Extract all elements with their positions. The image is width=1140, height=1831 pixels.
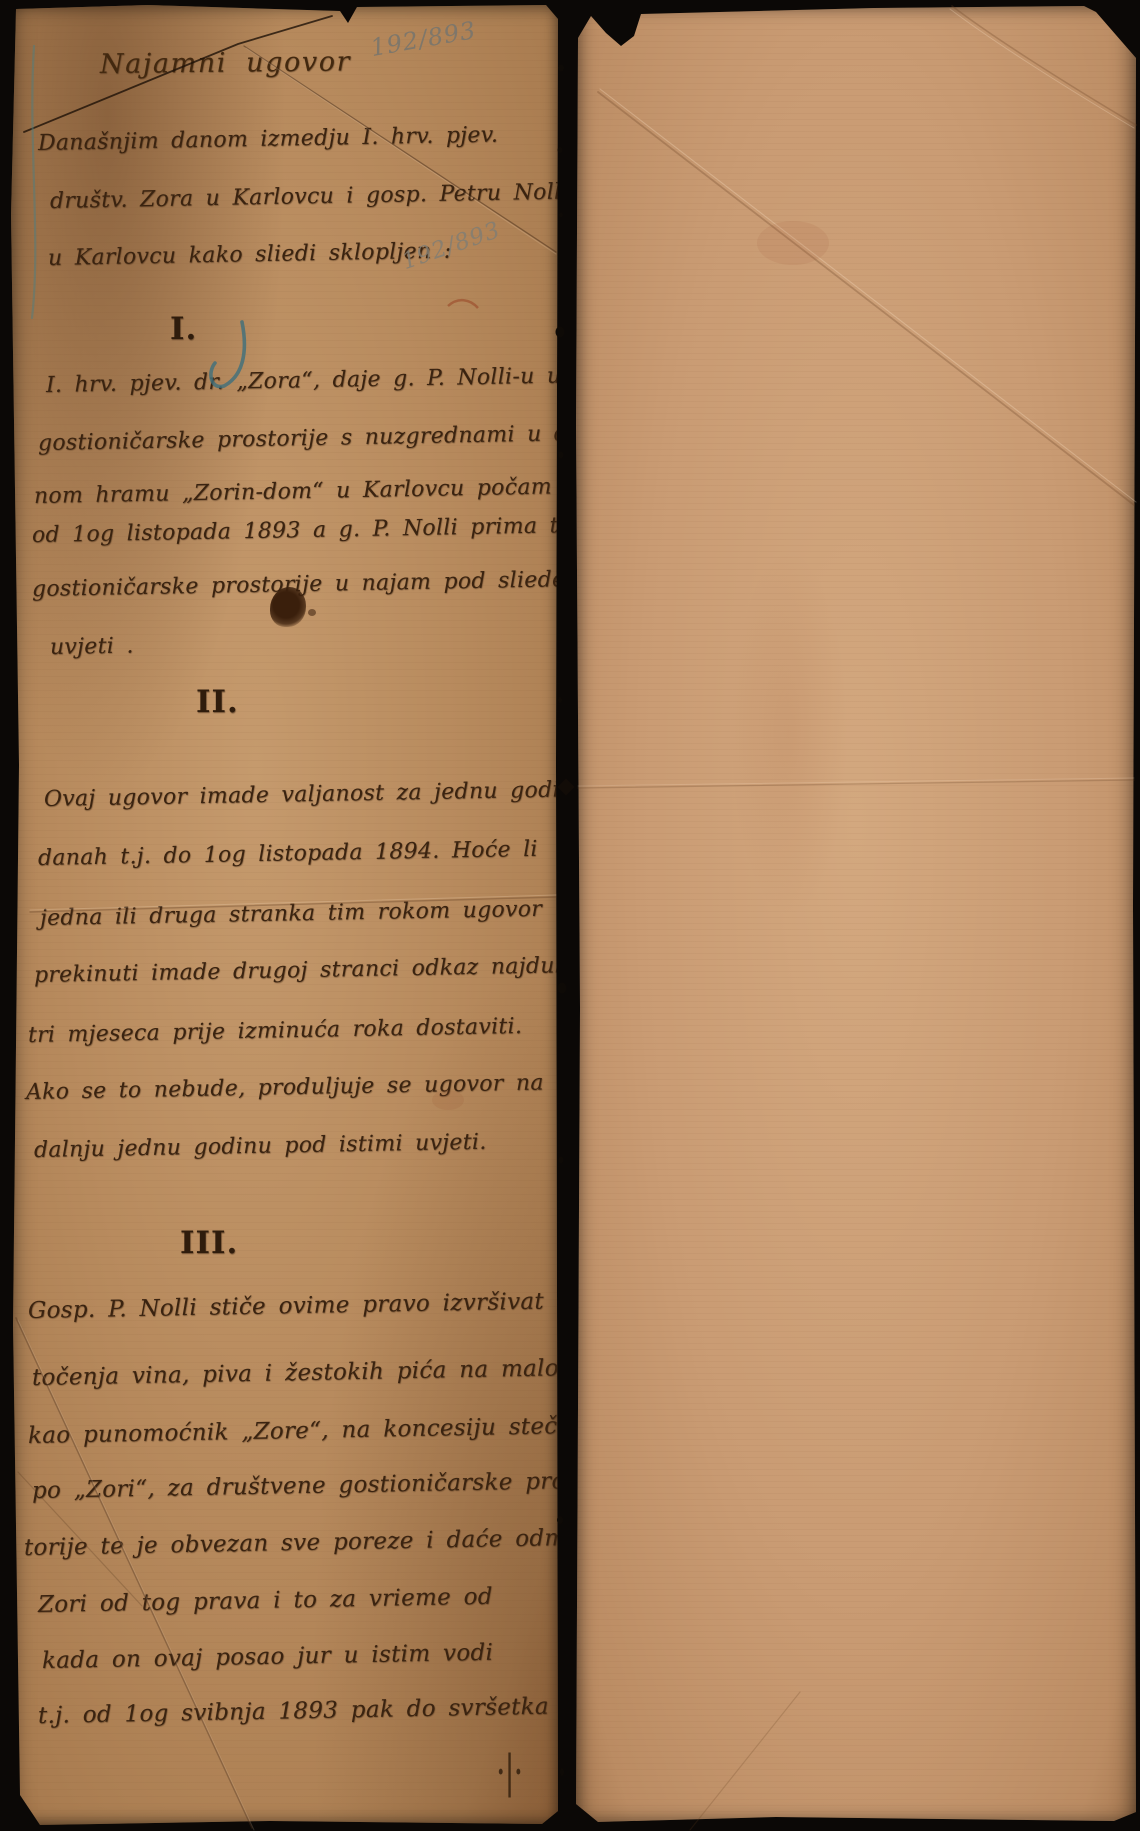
manuscript-line: uvjeti . <box>50 633 134 660</box>
manuscript-line: točenja vina, piva i žestokih pića na ma… <box>32 1355 559 1391</box>
manuscript-line: t.j. od 1og svibnja 1893 pak do svršetka <box>38 1694 549 1729</box>
manuscript-line: danah t.j. do 1og listopada 1894. Hoće l… <box>38 837 538 871</box>
scanned-document: Najamni ugovor 192/893 Današnjim danom i… <box>0 0 1140 1831</box>
ink-blot-satellite <box>308 609 316 616</box>
manuscript-line: društv. Zora u Karlovcu i gosp. Petru No… <box>50 179 569 214</box>
manuscript-line: dalnju jednu godinu pod istimi uvjeti. <box>34 1130 487 1163</box>
fold-mark-diamond <box>558 779 575 796</box>
manuscript-line: od 1og listopada 1893 a g. P. Nolli prim… <box>32 513 573 548</box>
manuscript-line: Gosp. P. Nolli stiče ovime pravo izvršiv… <box>28 1289 544 1324</box>
manuscript-line: I. hrv. pjev. dr. „Zora“, daje g. P. Nol… <box>46 362 644 398</box>
section-numeral-1: I. <box>170 311 197 347</box>
center-seam-stitches <box>556 65 575 1777</box>
archival-number-pencil: 192/893 <box>368 16 478 62</box>
manuscript-line: kao punomoćnik „Zore“, na koncesiju steč… <box>28 1412 602 1449</box>
bottom-pen-mark: ·|· <box>496 1746 522 1799</box>
manuscript-line: kada on ovaj posao jur u istim vodi <box>42 1640 494 1674</box>
manuscript-line: nom hramu „Zorin-dom“ u Karlovcu počam <box>34 475 552 509</box>
archival-number-pencil-2: 192/893 <box>399 217 504 275</box>
manuscript-page-left: Najamni ugovor 192/893 Današnjim danom i… <box>8 3 558 1825</box>
manuscript-line: u Karlovcu kako sliedi sklopljen : <box>48 239 452 271</box>
ink-blot <box>270 587 306 627</box>
manuscript-line: Današnjim danom izmedju I. hrv. pjev. <box>38 123 499 156</box>
section-numeral-3: III. <box>180 1225 238 1261</box>
manuscript-line: gostioničarske prostorije s nuzgrednami … <box>38 420 649 456</box>
manuscript-page-right-blank <box>576 6 1136 1824</box>
manuscript-line: tri mjeseca prije izminuća roka dostavit… <box>28 1014 523 1048</box>
page-title: Najamni ugovor <box>100 46 351 80</box>
manuscript-line: Zori od tog prava i to za vrieme od <box>38 1584 493 1618</box>
manuscript-line: torije te je obvezan sve poreze i daće o… <box>24 1524 643 1561</box>
section-numeral-2: II. <box>196 684 239 720</box>
manuscript-line: gostioničarske prostorije u najam pod sl… <box>32 566 614 602</box>
manuscript-line: jedna ili druga stranka tim rokom ugovor <box>40 897 543 931</box>
manuscript-line: prekinuti imade drugoj stranci odkaz naj… <box>34 953 583 988</box>
manuscript-line: po „Zori“, za društvene gostioničarske p… <box>32 1468 586 1504</box>
manuscript-line: Ako se to nebude, produljuje se ugovor n… <box>26 1071 544 1105</box>
manuscript-line: Ovaj ugovor imade valjanost za jednu god… <box>44 777 589 812</box>
